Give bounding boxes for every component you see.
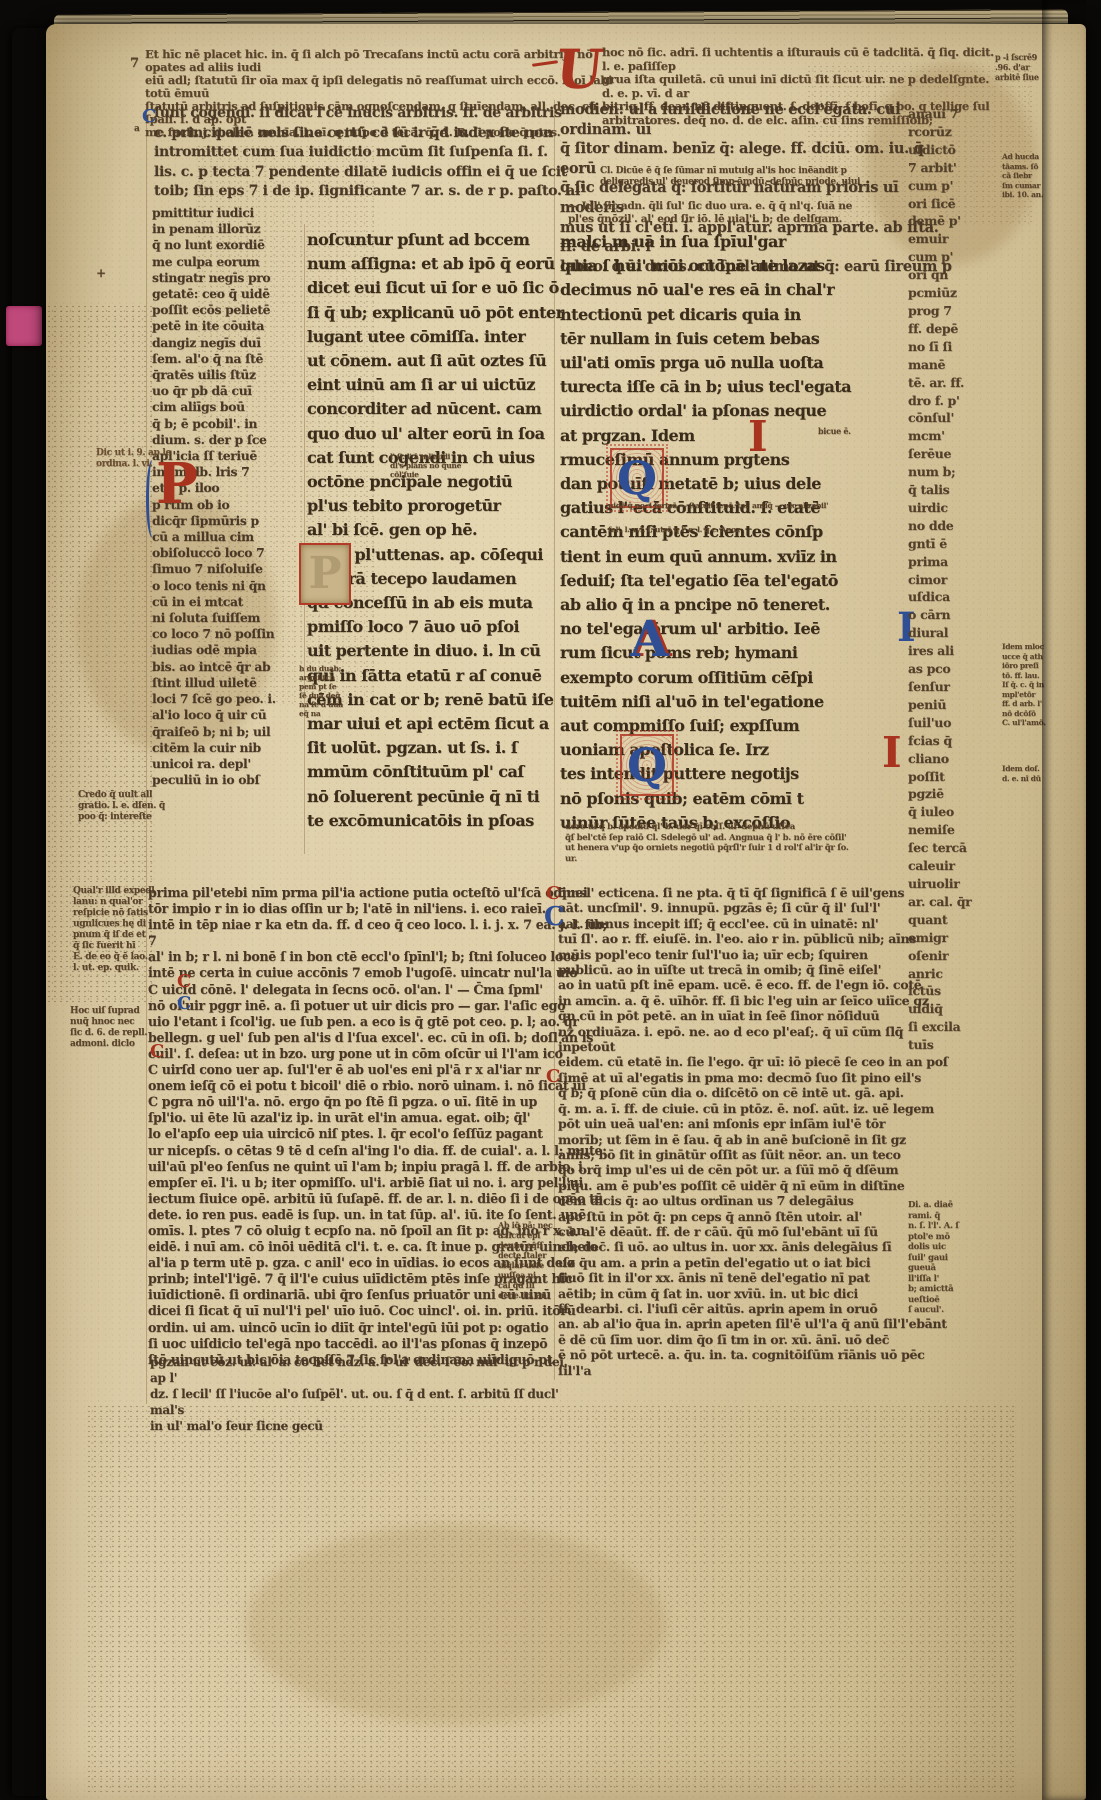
- right-small-note-a: Cl. Dicūe ē q̄ ſe ſūmar nī mutuig al'is …: [600, 166, 940, 188]
- bottom-addition-note: pgzan ut eōz. ui. al' a. co bet ndz. a. …: [150, 1354, 580, 1434]
- ruling-line-left: [146, 104, 147, 1404]
- pilcrow-red-1: C: [177, 973, 191, 991]
- left-gloss-intro: ſunt cogendi. ſi dicat l'cē inucis arbit…: [154, 104, 606, 202]
- margin-note-credo: Credo q̄ uult all gratio. l. e. dſen. q̄…: [78, 790, 174, 823]
- initial-u: U: [553, 42, 606, 96]
- pilcrow-blue-2: C: [177, 995, 191, 1013]
- margin-note-dic-ut: Dic ut i. 9. ap le ordina. l. vi.: [96, 448, 176, 469]
- initial-q-second: Q: [620, 734, 674, 796]
- lower-right-commentary: q̄msl' ecticena. ſi ne pta. q̄ tī q̄ſ ſi…: [558, 885, 958, 1378]
- speckle-bottom-margin: [86, 1404, 1016, 1794]
- right-folio-fore-edge: [1042, 0, 1086, 1800]
- guide-letter-a: a: [134, 124, 140, 134]
- margin-mark-seven: 7: [130, 56, 139, 71]
- center-tiny-note: h du duab; arguilſch pem pt ſe ſē duā de…: [299, 664, 365, 718]
- initial-a: A: [630, 614, 669, 664]
- initial-q-first: Q: [610, 448, 664, 508]
- pilcrow-red-3: C: [150, 1043, 164, 1061]
- interlinear-note-2: fal'. l. xvī. ſ; utrō q̄ l' e. l. q̄ c. …: [608, 525, 888, 534]
- center-main-text: noſcuntur pſunt ad bccem num aſſigna: et…: [307, 228, 593, 833]
- interlinear-note-1: uidē q̄ no. i ſeripā — ſtatuit ſepē. tol…: [608, 501, 918, 510]
- right-below-note: dere ul'q̄ b. apodīū q̄l' b. uor q̄ī coſ…: [565, 822, 925, 864]
- manuscript-photo: Et hīc nē placet hic. in. q̄ ſi alch pō …: [0, 0, 1101, 1800]
- pilcrow-red-lr2: C: [546, 1068, 560, 1086]
- idem-gloss-note: bicue ē.: [818, 426, 878, 436]
- center-side-note: l' ſi. l' ā ml'audi dl's plāns nō q̄une …: [390, 452, 500, 479]
- right-small-note-b: — Iul' ſic adn. q̄li ſul' ſic duo ura. e…: [568, 200, 954, 225]
- initial-i-red-idem: I: [748, 416, 768, 458]
- inter-column-tiny-note: Ab iq̄ pā: nec a ſicut epſ deune eq̄ſſ d…: [498, 1220, 562, 1300]
- initial-p-embossed: P: [299, 543, 351, 605]
- parchment-page: Et hīc nē placet hic. in. q̄ ſi alch pō …: [46, 24, 1086, 1800]
- left-folio-edges: [12, 28, 48, 1796]
- pilcrow-red-lr: C: [546, 885, 560, 903]
- initial-i-red-irz: I: [882, 732, 902, 774]
- pink-bookmark-tab: [6, 306, 42, 346]
- margin-mark-plus: +: [96, 266, 106, 280]
- initial-c-blue-lower: C: [544, 904, 565, 930]
- stain-bottom: [246, 1524, 666, 1724]
